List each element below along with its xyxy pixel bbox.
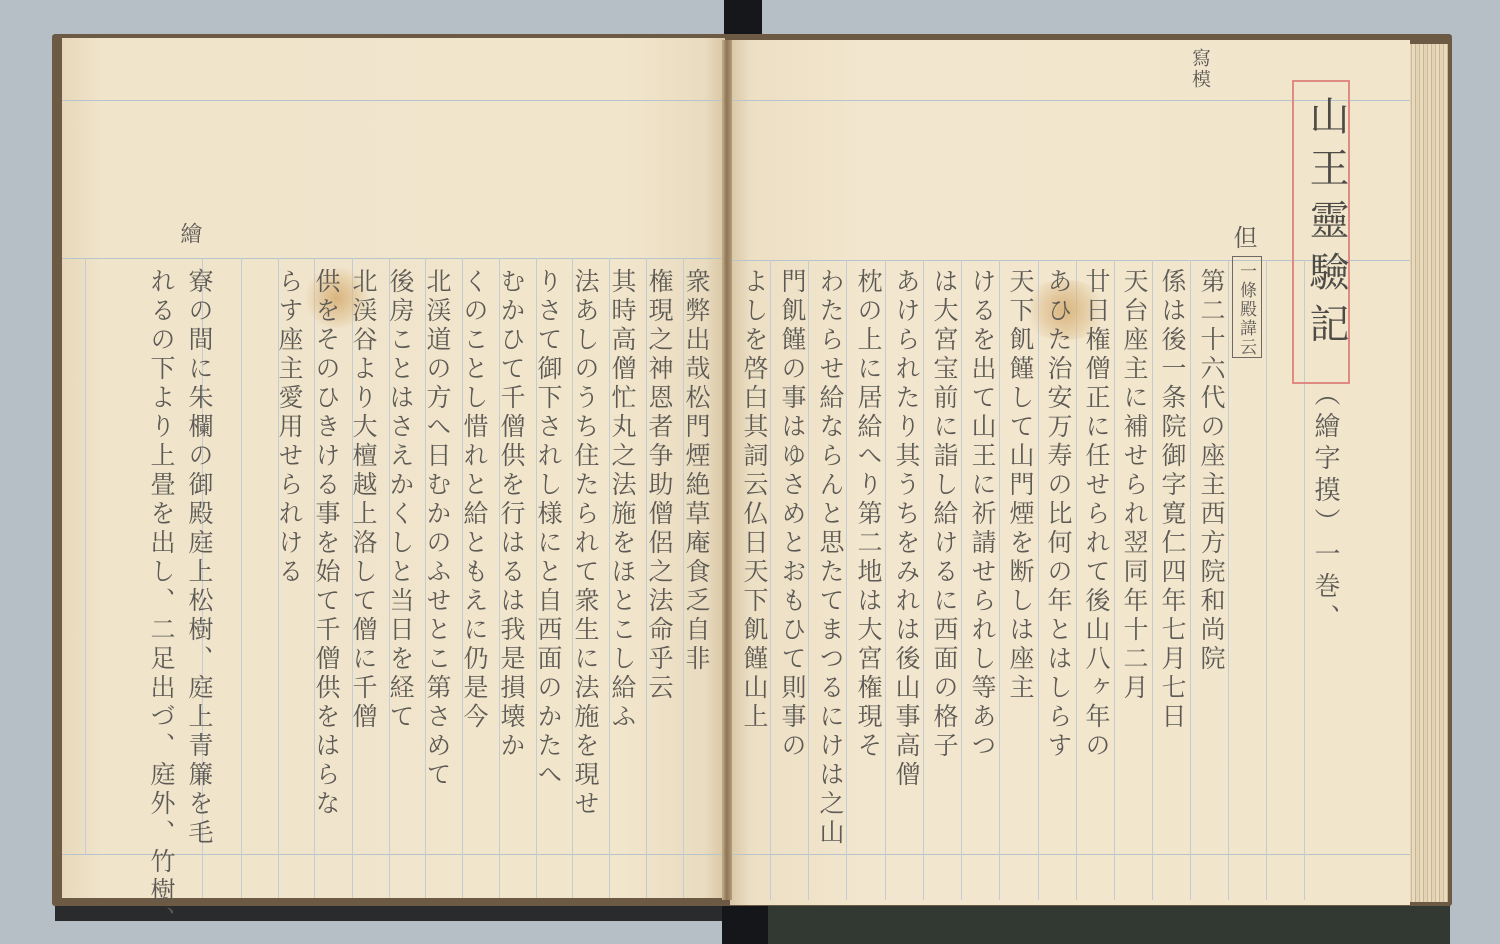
heading-marker: 繪 (174, 222, 204, 248)
text-column: わたらせ給ならんと思たてまつるにけは之山 (815, 268, 845, 848)
copyist-note: 寫模 (1185, 48, 1215, 90)
text-column: 天台座主に補せられ翌同年十二月 (1119, 268, 1149, 703)
text-column: あひた治安万寿の比何の年とはしらす (1043, 268, 1073, 761)
text-column: 廿日権僧正に任せられて後山八ヶ年の (1081, 268, 1111, 761)
text-column: 後房ことはさえかくしと当日を経て (385, 268, 415, 732)
text-column: は大宮宝前に詣し給けるに西面の格子 (929, 268, 959, 761)
text-column: らす座主愛用せられける (274, 268, 304, 587)
text-column: りさて御下されし様にと自西面のかたへ (533, 268, 563, 790)
text-column: あけられたり其うちをみれは後山事高僧 (891, 268, 921, 790)
text-column: よしを啓白其詞云仏日天下飢饉山上 (739, 268, 769, 732)
text-column: 其時高僧忙丸之法施をほとこし給ふ (607, 268, 637, 732)
text-column: 係は後一条院御字寛仁四年七月七日 (1157, 268, 1187, 732)
text-column: むかひて千僧供を行はるは我是損壊か (496, 268, 526, 761)
document-title: 山王靈驗記 (1298, 95, 1355, 355)
text-column: れるの下より上畳を出し、二足出づ、庭外、竹樹、 (146, 268, 176, 935)
text-column: 権現之神恩者争助僧侶之法命乎云 (644, 268, 674, 703)
book-shadow (760, 905, 1450, 944)
text-column: 供をそのひきける事を始て千僧供をはらな (311, 268, 341, 819)
text-column: 北渓谷より大檀越上洛して僧に千僧 (348, 268, 378, 732)
ruling-line (62, 100, 725, 101)
heading-marker: 但 (1228, 225, 1258, 253)
book-gutter (722, 40, 732, 900)
binding-clip-top (724, 0, 762, 36)
ruling-line (62, 258, 725, 259)
text-column: けるを出て山王に祈請せられし等あつ (967, 268, 997, 761)
text-column: 寮の間に朱欄の御殿庭上松樹、庭上青簾を毛 (184, 268, 214, 848)
text-column: 衆弊出哉松門煙絶草庵食乏自非 (681, 268, 711, 674)
text-column: 北渓道の方へ日むかのふせとこ第さめて (422, 268, 452, 790)
boxed-note: 一條殿諱云 (1234, 262, 1258, 357)
text-column: 枕の上に居給へり第二地は大宮権現そ (853, 268, 883, 761)
text-column: 法あしのうち住たられて衆生に法施を現せ (570, 268, 600, 819)
text-column: 門飢饉の事はゆさめとおもひて則事の (777, 268, 807, 761)
page-edges (1408, 44, 1448, 902)
text-column: 天下飢饉して山門煙を断しは座主 (1005, 268, 1035, 703)
binding-clip-bottom (722, 904, 768, 944)
text-column: 第二十六代の座主西方院和尚院 (1196, 268, 1226, 674)
document-subtitle: （繪字摸）一巻、 (1310, 380, 1340, 636)
text-column: くのことし惜れと給ともえに仍是今 (459, 268, 489, 732)
